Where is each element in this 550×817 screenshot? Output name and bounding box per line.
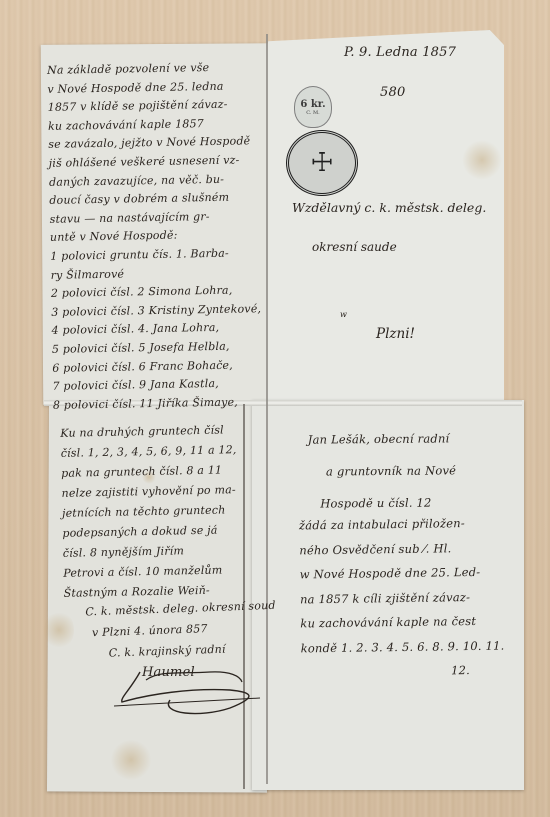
revenue-stamp-value: 6 kr. (300, 99, 325, 110)
water-stain (110, 740, 152, 780)
left-page-text: Na základě pozvolení ve vše v Nové Hospo… (47, 58, 263, 415)
text-line: podepsaných a dokud se já (62, 520, 238, 544)
registry-number: 580 (380, 84, 405, 103)
water-stain (462, 140, 502, 180)
address-line-1: Wzdělavný c. k. městsk. deleg. (292, 200, 486, 215)
text-line: Petrovi a čísl. 10 manželům (63, 560, 239, 584)
text-line: 6 polovici čísl. 6 Franc Bohače, (52, 356, 262, 378)
address-line-3: w (340, 310, 347, 319)
text-line: 8 polovici čísl. 11 Jiříka Šimaye, (53, 393, 263, 415)
request-line: kondě 1. 2. 3. 4. 5. 6. 8. 9. 10. 11. (301, 633, 505, 660)
double-eagle-icon: ☩ (310, 148, 333, 178)
petitioner-line: a gruntovník na Nové (326, 454, 456, 487)
text-line: 1857 v klídě se pojištění závaz- (48, 95, 258, 117)
petitioner-line: Jan Lešák, obecní radní (308, 422, 456, 455)
revenue-stamp: 6 kr. C. M. (294, 86, 332, 128)
closing-block: C. k. městsk. deleg. okresní soud v Plzn… (91, 595, 277, 664)
text-line: doucí časy v dobrém a slušném (49, 188, 259, 210)
document-date: P. 9. Ledna 1857 (344, 44, 456, 63)
address-line-4: Plzni! (376, 326, 415, 342)
text-line: jiš ohlášené veškeré usnesení vz- (49, 151, 259, 173)
left-page-lower-text: Ku na druhých gruntech čísl čísl. 1, 2, … (60, 420, 240, 604)
request-line: žádá za intabulaci přiložen- (299, 511, 503, 538)
revenue-stamp-sub: C. M. (306, 110, 320, 116)
request-line: na 1857 k cíli zjištění závaz- (300, 584, 504, 611)
petitioner-block: Jan Lešák, obecní radní a gruntovník na … (306, 422, 457, 519)
address-line-2: okresní saude (312, 240, 397, 254)
request-line: ku zachovávání kaple na čest (300, 609, 504, 636)
request-line: 12. (451, 658, 505, 683)
request-line: w Nové Hospodě dne 25. Led- (299, 560, 503, 587)
signature-name: Haumel (142, 664, 195, 683)
official-seal: ☩ (286, 130, 358, 196)
text-line: 1 polovici gruntu čís. 1. Barba- (50, 244, 260, 266)
water-stain (44, 610, 74, 650)
request-block: žádá za intabulaci přiložen- ného Osvědč… (299, 511, 505, 685)
request-line: ného Osvědčení sub ⁄. Hl. (299, 535, 503, 562)
